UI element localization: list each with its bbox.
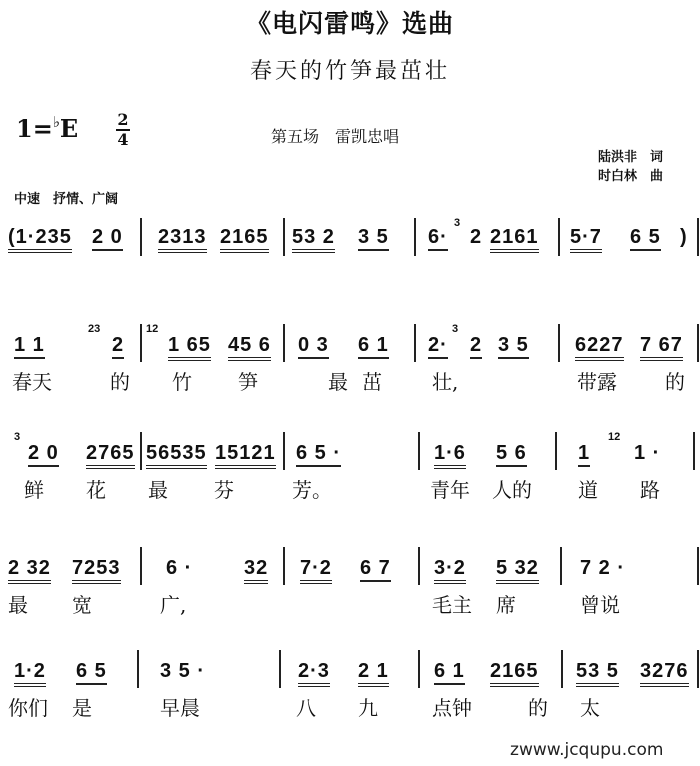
- lyric: 道: [578, 474, 598, 503]
- note-group: 2: [112, 334, 124, 359]
- bar-line: [697, 650, 699, 688]
- lyric: 是: [72, 692, 92, 721]
- grace-note: 23: [88, 324, 100, 334]
- grace-note: 3: [454, 218, 460, 228]
- note-group: 6 5 ·: [296, 442, 341, 467]
- note-group: 1 65: [168, 334, 211, 361]
- bar-line: [283, 324, 285, 362]
- note-group: 6 ·: [166, 557, 192, 579]
- lyric: 最: [148, 474, 168, 503]
- note-group: 2 0: [92, 226, 123, 251]
- bar-line: [560, 547, 562, 585]
- lyric: 最: [8, 589, 28, 618]
- score-line: (1·2352 02313216553 23 56·221615·76 5)3: [0, 218, 700, 268]
- score-line: 1 121 6545 60 36 12·23 562277 6723123春天的…: [0, 322, 700, 372]
- score-line: 2 3272536 ·327·26 73·25 327 2 ·最宽广,毛主席曾说: [0, 545, 700, 595]
- bar-line: [140, 432, 142, 470]
- lyric: 你们: [8, 692, 48, 721]
- note-group: 2165: [490, 660, 539, 687]
- bar-line: [697, 218, 699, 256]
- lyric: 芬: [214, 474, 234, 503]
- composer: 时白林 曲: [598, 167, 663, 186]
- score-line: 2 0276556535151216 5 ·1·65 611 ·312鲜花最芬芳…: [0, 430, 700, 480]
- note-group: 7 67: [640, 334, 683, 361]
- note-group: 1 ·: [634, 442, 660, 464]
- song-collection-title: 《电闪雷鸣》选曲: [0, 4, 700, 40]
- bar-line: [555, 432, 557, 470]
- note-group: 5 32: [496, 557, 539, 584]
- bar-line: [140, 547, 142, 585]
- lyric: 的: [665, 366, 685, 395]
- lyric: 青年: [430, 474, 470, 503]
- bar-line: [418, 547, 420, 585]
- note-group: 5·7: [570, 226, 602, 253]
- bar-line: [140, 218, 142, 256]
- note-group: 45 6: [228, 334, 271, 361]
- watermark-prefix: z: [510, 740, 519, 760]
- grace-note: 3: [14, 432, 20, 442]
- note-group: 1 1: [14, 334, 45, 359]
- lyric: 最: [328, 366, 348, 395]
- note-group: 2765: [86, 442, 135, 469]
- note-group: 1: [578, 442, 590, 467]
- note-group: 1·6: [434, 442, 466, 469]
- note-group: 32: [244, 557, 268, 584]
- bar-line: [697, 547, 699, 585]
- note-group: 2161: [490, 226, 539, 253]
- lyric: 八: [296, 692, 316, 721]
- note-group: 6 5: [76, 660, 107, 685]
- note-group: 6·: [428, 226, 448, 251]
- lyric: 太: [580, 692, 600, 721]
- lyric: 的: [110, 366, 130, 395]
- note-group: 2·: [428, 334, 448, 359]
- note-group: 6 5: [630, 226, 661, 251]
- bar-line: [414, 218, 416, 256]
- note-group: 6 1: [434, 660, 465, 685]
- note-group: 2313: [158, 226, 207, 253]
- watermark-url: www.jcqupu.com: [519, 740, 663, 760]
- lyric: 竹: [172, 366, 192, 395]
- note-group: 3·2: [434, 557, 466, 584]
- bar-line: [137, 650, 139, 688]
- lyric: 的: [528, 692, 548, 721]
- bar-line: [561, 650, 563, 688]
- note-group: 3276: [640, 660, 689, 687]
- key-prefix: 1=: [16, 114, 53, 143]
- note-group: 0 3: [298, 334, 329, 359]
- bar-line: [140, 324, 142, 362]
- note-group: 7 2 ·: [580, 557, 625, 579]
- lyric: 点钟: [432, 692, 472, 721]
- bar-line: [414, 324, 416, 362]
- grace-note: 3: [452, 324, 458, 334]
- grace-note: 12: [146, 324, 158, 334]
- note-group: 53 2: [292, 226, 335, 253]
- lyric: 花: [86, 474, 106, 503]
- score-line: 1·26 53 5 ·2·32 16 1216553 53276你们是早晨八九点…: [0, 648, 700, 698]
- lyric: 人的: [492, 474, 532, 503]
- note-group: 6 1: [358, 334, 389, 359]
- tempo-marking: 中速 抒情、广阔: [14, 188, 118, 207]
- bar-line: [697, 324, 699, 362]
- note-group: 2165: [220, 226, 269, 253]
- lyric: 茁: [362, 366, 382, 395]
- lyric: 芳。: [292, 474, 332, 503]
- watermark: zwww.jcqupu.com: [510, 740, 663, 760]
- lyric: 席: [496, 589, 516, 618]
- lyric: 鲜: [24, 474, 44, 503]
- note-group: 2 0: [28, 442, 59, 467]
- time-signature: 2 4: [116, 112, 130, 148]
- note-group: 5 6: [496, 442, 527, 467]
- bar-line: [418, 650, 420, 688]
- lyric: 路: [640, 474, 660, 503]
- note-group: 7·2: [300, 557, 332, 584]
- lyric: 春天: [12, 366, 52, 395]
- note-group: 2 32: [8, 557, 51, 584]
- note-group: (1·235: [8, 226, 72, 253]
- note-group: 3 5: [358, 226, 389, 251]
- time-denominator: 4: [116, 132, 130, 148]
- lyric: 毛主: [432, 589, 472, 618]
- note-group: 15121: [215, 442, 276, 469]
- lyric: 笋: [238, 366, 258, 395]
- lyric: 曾说: [580, 589, 620, 618]
- lyric: 九: [358, 692, 378, 721]
- lyric: 广,: [160, 589, 186, 618]
- lyric: 带露: [577, 366, 617, 395]
- bar-line: [283, 218, 285, 256]
- lyricist: 陆洪非 词: [598, 148, 663, 167]
- note-group: 6 7: [360, 557, 391, 582]
- note-group: 6227: [575, 334, 624, 361]
- note-group: 53 5: [576, 660, 619, 687]
- bar-line: [693, 432, 695, 470]
- bar-line: [558, 218, 560, 256]
- bar-line: [279, 650, 281, 688]
- flat-symbol-icon: ♭: [53, 113, 60, 131]
- note-group: ): [680, 226, 688, 248]
- note-group: 7253: [72, 557, 121, 584]
- lyric: 早晨: [160, 692, 200, 721]
- bar-line: [283, 432, 285, 470]
- bar-line: [418, 432, 420, 470]
- note-group: 3 5 ·: [160, 660, 205, 682]
- note-group: 2 1: [358, 660, 389, 687]
- grace-note: 12: [608, 432, 620, 442]
- credits: 陆洪非 词 时白林 曲: [598, 148, 663, 186]
- scene-label: 第五场 雷凯忠唱: [271, 124, 399, 147]
- song-title: 春天的竹笋最茁壮: [0, 54, 700, 85]
- key-note: E: [60, 114, 78, 143]
- note-group: 2: [470, 334, 482, 359]
- lyric: 宽: [72, 589, 92, 618]
- note-group: 3 5: [498, 334, 529, 359]
- note-group: 56535: [146, 442, 207, 469]
- note-group: 2·3: [298, 660, 330, 687]
- note-group: 2: [470, 226, 482, 248]
- bar-line: [283, 547, 285, 585]
- note-group: 1·2: [14, 660, 46, 687]
- lyric: 壮,: [432, 366, 458, 395]
- key-signature: 1=♭E: [16, 113, 78, 143]
- time-numerator: 2: [116, 112, 130, 128]
- bar-line: [558, 324, 560, 362]
